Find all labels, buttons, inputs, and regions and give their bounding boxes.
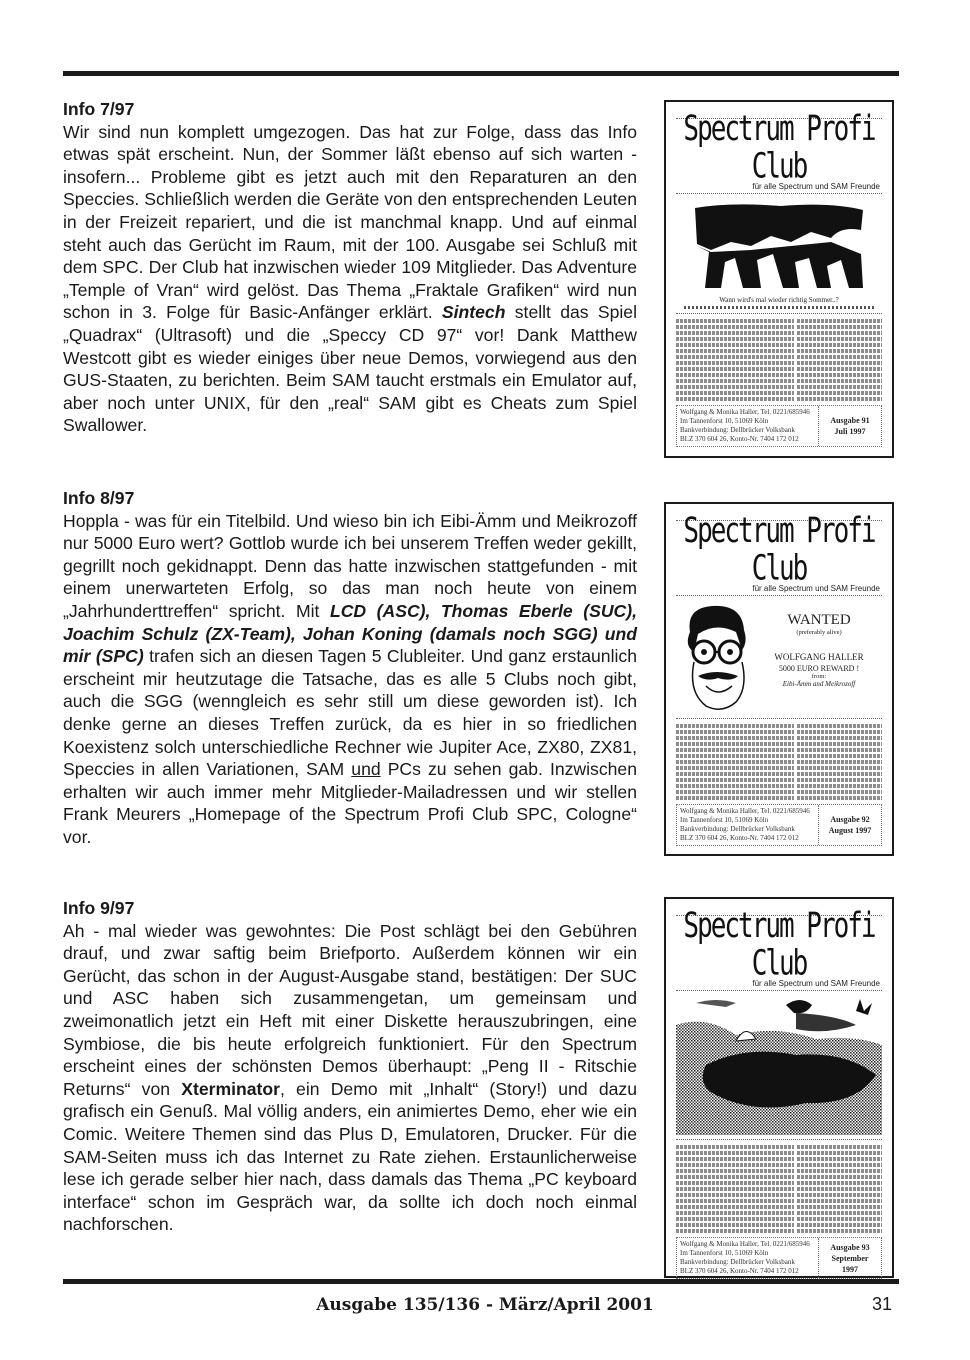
article-body: Hoppla - was für ein Titelbild. Und wies…	[63, 510, 637, 849]
caricature-face-illustration	[676, 602, 756, 714]
cover-illustration-dragon-rider	[676, 995, 882, 1135]
emphasis-sintech: Sintech	[442, 302, 506, 322]
wanted-text-block: WANTED (preferably alive) WOLFGANG HALLE…	[756, 602, 882, 714]
cover-issue-label: Ausgabe 91 Juli 1997	[819, 406, 881, 446]
cover-image-issue-92: Spectrum Profi Club für alle Spectrum un…	[664, 502, 894, 856]
article-body: Wir sind nun komplett umgezogen. Das hat…	[63, 121, 637, 437]
article-heading: Info 9/97	[63, 897, 637, 920]
emphasis-xterminator: Xterminator	[181, 1079, 280, 1099]
cover-image-issue-91: Spectrum Profi Club für alle Spectrum un…	[664, 100, 894, 458]
cover-table-of-contents	[676, 718, 882, 800]
top-rule	[63, 71, 899, 76]
cover-illustration-silhouette	[691, 202, 867, 292]
cover-imprint: Wolfgang & Monika Haller, Tel. 0221/6859…	[676, 1237, 882, 1279]
cover-address: Wolfgang & Monika Haller, Tel. 0221/6859…	[677, 1238, 819, 1278]
cover-table-of-contents	[676, 313, 882, 401]
cover-address: Wolfgang & Monika Haller, Tel. 0221/6859…	[677, 406, 819, 446]
underlined-und: und	[351, 759, 380, 779]
footer-issue-line: Ausgabe 135/136 - März/April 2001	[0, 1295, 970, 1315]
cover-title: Spectrum Profi Club	[678, 110, 880, 186]
article-heading: Info 7/97	[63, 98, 637, 121]
cover-address: Wolfgang & Monika Haller, Tel. 0221/6859…	[677, 805, 819, 845]
page-number: 31	[872, 1294, 892, 1315]
article-info-9-97: Info 9/97 Ah - mal wieder was gewohntes:…	[63, 897, 637, 1236]
cover-image-issue-93: Spectrum Profi Club für alle Spectrum un…	[664, 897, 894, 1278]
cover-issue-label: Ausgabe 93 September 1997	[819, 1238, 881, 1278]
cover-table-of-contents	[676, 1139, 882, 1233]
cover-imprint: Wolfgang & Monika Haller, Tel. 0221/6859…	[676, 405, 882, 447]
cover-imprint: Wolfgang & Monika Haller, Tel. 0221/6859…	[676, 804, 882, 846]
cover-wanted-poster: WANTED (preferably alive) WOLFGANG HALLE…	[676, 602, 882, 714]
cover-masthead: Spectrum Profi Club für alle Spectrum un…	[676, 915, 882, 991]
article-body: Ah - mal wieder was gewohntes: Die Post …	[63, 920, 637, 1236]
cover-masthead: Spectrum Profi Club für alle Spectrum un…	[676, 520, 882, 596]
cover-masthead: Spectrum Profi Club für alle Spectrum un…	[676, 118, 882, 194]
cover-title: Spectrum Profi Club	[678, 512, 880, 588]
bottom-rule	[63, 1279, 899, 1284]
article-heading: Info 8/97	[63, 487, 637, 510]
article-info-8-97: Info 8/97 Hoppla - was für ein Titelbild…	[63, 487, 637, 849]
cover-issue-label: Ausgabe 92 August 1997	[819, 805, 881, 845]
cover-caption: Wann wird's mal wieder richtig Sommer..?	[676, 296, 882, 304]
cover-caption-fineprint	[684, 306, 874, 309]
cover-title: Spectrum Profi Club	[678, 907, 880, 983]
article-info-7-97: Info 7/97 Wir sind nun komplett umgezoge…	[63, 98, 637, 437]
